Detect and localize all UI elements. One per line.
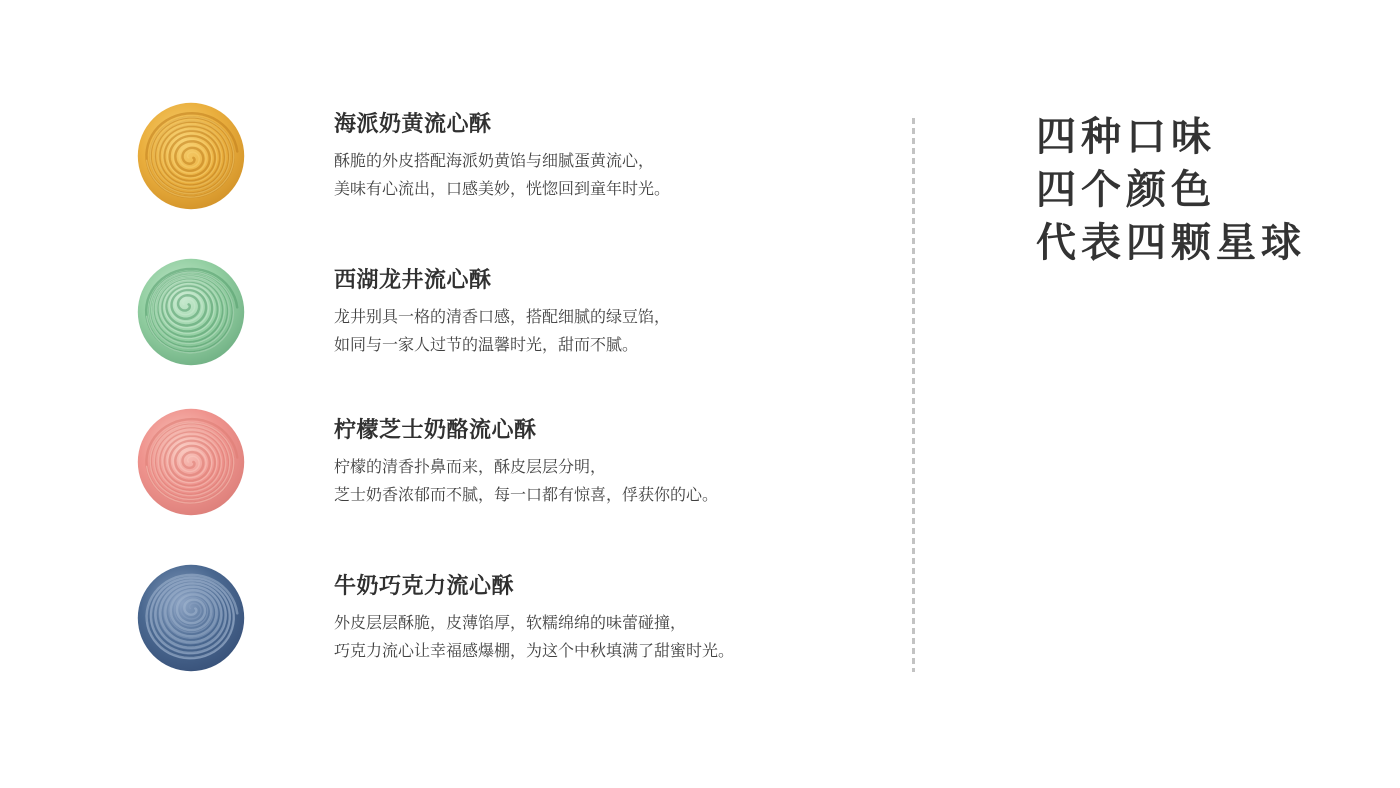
- flavor-copy: 柠檬芝士奶酪流心酥 柠檬的清香扑鼻而来，酥皮层层分明， 芝士奶香浓郁而不腻，每一…: [334, 415, 874, 510]
- flavor-description-line: 巧克力流心让幸福感爆棚，为这个中秋填满了甜蜜时光。: [334, 638, 874, 666]
- flavor-description-line: 芝士奶香浓郁而不腻，每一口都有惊喜，俘获你的心。: [334, 482, 874, 510]
- vertical-dashed-divider: [912, 118, 915, 672]
- tagline-line: 四种口味: [1036, 111, 1306, 164]
- flavor-title: 牛奶巧克力流心酥: [334, 571, 874, 601]
- tagline-line: 代表四颗星球: [1036, 217, 1306, 270]
- custard-yellow-ball-icon: [134, 99, 248, 213]
- flavor-title: 海派奶黄流心酥: [334, 109, 874, 139]
- flavor-copy: 海派奶黄流心酥 酥脆的外皮搭配海派奶黄馅与细腻蛋黄流心， 美味有心流出，口感美妙…: [334, 109, 874, 204]
- flavor-description-line: 柠檬的清香扑鼻而来，酥皮层层分明，: [334, 454, 874, 482]
- flavor-title: 西湖龙井流心酥: [334, 265, 874, 295]
- product-slide: 海派奶黄流心酥 酥脆的外皮搭配海派奶黄馅与细腻蛋黄流心， 美味有心流出，口感美妙…: [0, 0, 1400, 788]
- flavor-copy: 西湖龙井流心酥 龙井别具一格的清香口感，搭配细腻的绿豆馅， 如同与一家人过节的温…: [334, 265, 874, 360]
- flavor-item-milk-chocolate: 牛奶巧克力流心酥 外皮层层酥脆，皮薄馅厚，软糯绵绵的味蕾碰撞， 巧克力流心让幸福…: [134, 558, 874, 678]
- tagline-line: 四个颜色: [1036, 164, 1306, 217]
- flavor-description-line: 龙井别具一格的清香口感，搭配细腻的绿豆馅，: [334, 304, 874, 332]
- tagline: 四种口味 四个颜色 代表四颗星球: [1036, 111, 1306, 270]
- flavor-description-line: 美味有心流出，口感美妙，恍惚回到童年时光。: [334, 176, 874, 204]
- longjing-green-ball-icon: [134, 255, 248, 369]
- flavor-title: 柠檬芝士奶酪流心酥: [334, 415, 874, 445]
- lemon-cheese-pink-ball-icon: [134, 405, 248, 519]
- flavor-item-longjing: 西湖龙井流心酥 龙井别具一格的清香口感，搭配细腻的绿豆馅， 如同与一家人过节的温…: [134, 252, 874, 372]
- flavor-description-line: 如同与一家人过节的温馨时光，甜而不腻。: [334, 332, 874, 360]
- milk-chocolate-blue-ball-icon: [134, 561, 248, 675]
- flavor-item-lemon-cheese: 柠檬芝士奶酪流心酥 柠檬的清香扑鼻而来，酥皮层层分明， 芝士奶香浓郁而不腻，每一…: [134, 402, 874, 522]
- flavor-description-line: 酥脆的外皮搭配海派奶黄馅与细腻蛋黄流心，: [334, 148, 874, 176]
- flavor-description-line: 外皮层层酥脆，皮薄馅厚，软糯绵绵的味蕾碰撞，: [334, 610, 874, 638]
- flavor-copy: 牛奶巧克力流心酥 外皮层层酥脆，皮薄馅厚，软糯绵绵的味蕾碰撞， 巧克力流心让幸福…: [334, 571, 874, 666]
- flavor-item-custard: 海派奶黄流心酥 酥脆的外皮搭配海派奶黄馅与细腻蛋黄流心， 美味有心流出，口感美妙…: [134, 96, 874, 216]
